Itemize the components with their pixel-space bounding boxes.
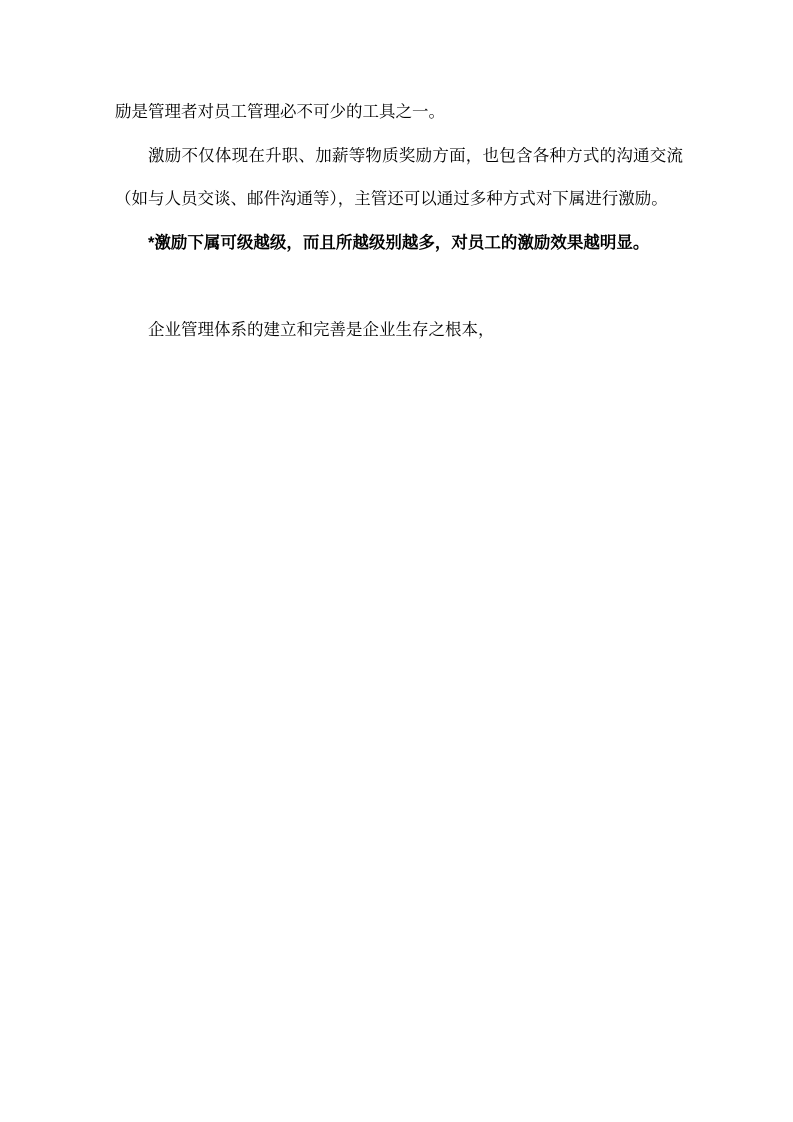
- paragraph-management-system: 企业管理体系的建立和完善是企业生存之根本，: [115, 309, 683, 353]
- paragraph-continuation: 励是管理者对员工管理必不可少的工具之一。: [115, 91, 683, 135]
- paragraph-starred-note: *激励下属可级越级，而且所越级别越多，对员工的激励效果越明显。: [115, 222, 683, 266]
- document-body: { "page": { "background_color": "#ffffff…: [0, 0, 793, 1122]
- page-canvas: 励是管理者对员工管理必不可少的工具之一。 激励不仅体现在升职、加薪等物质奖励方面…: [0, 0, 793, 1122]
- paragraph-incentive-methods: 激励不仅体现在升职、加薪等物质奖励方面，也包含各种方式的沟通交流（如与人员交谈、…: [115, 135, 683, 222]
- paragraph-empty-spacer: [115, 265, 683, 309]
